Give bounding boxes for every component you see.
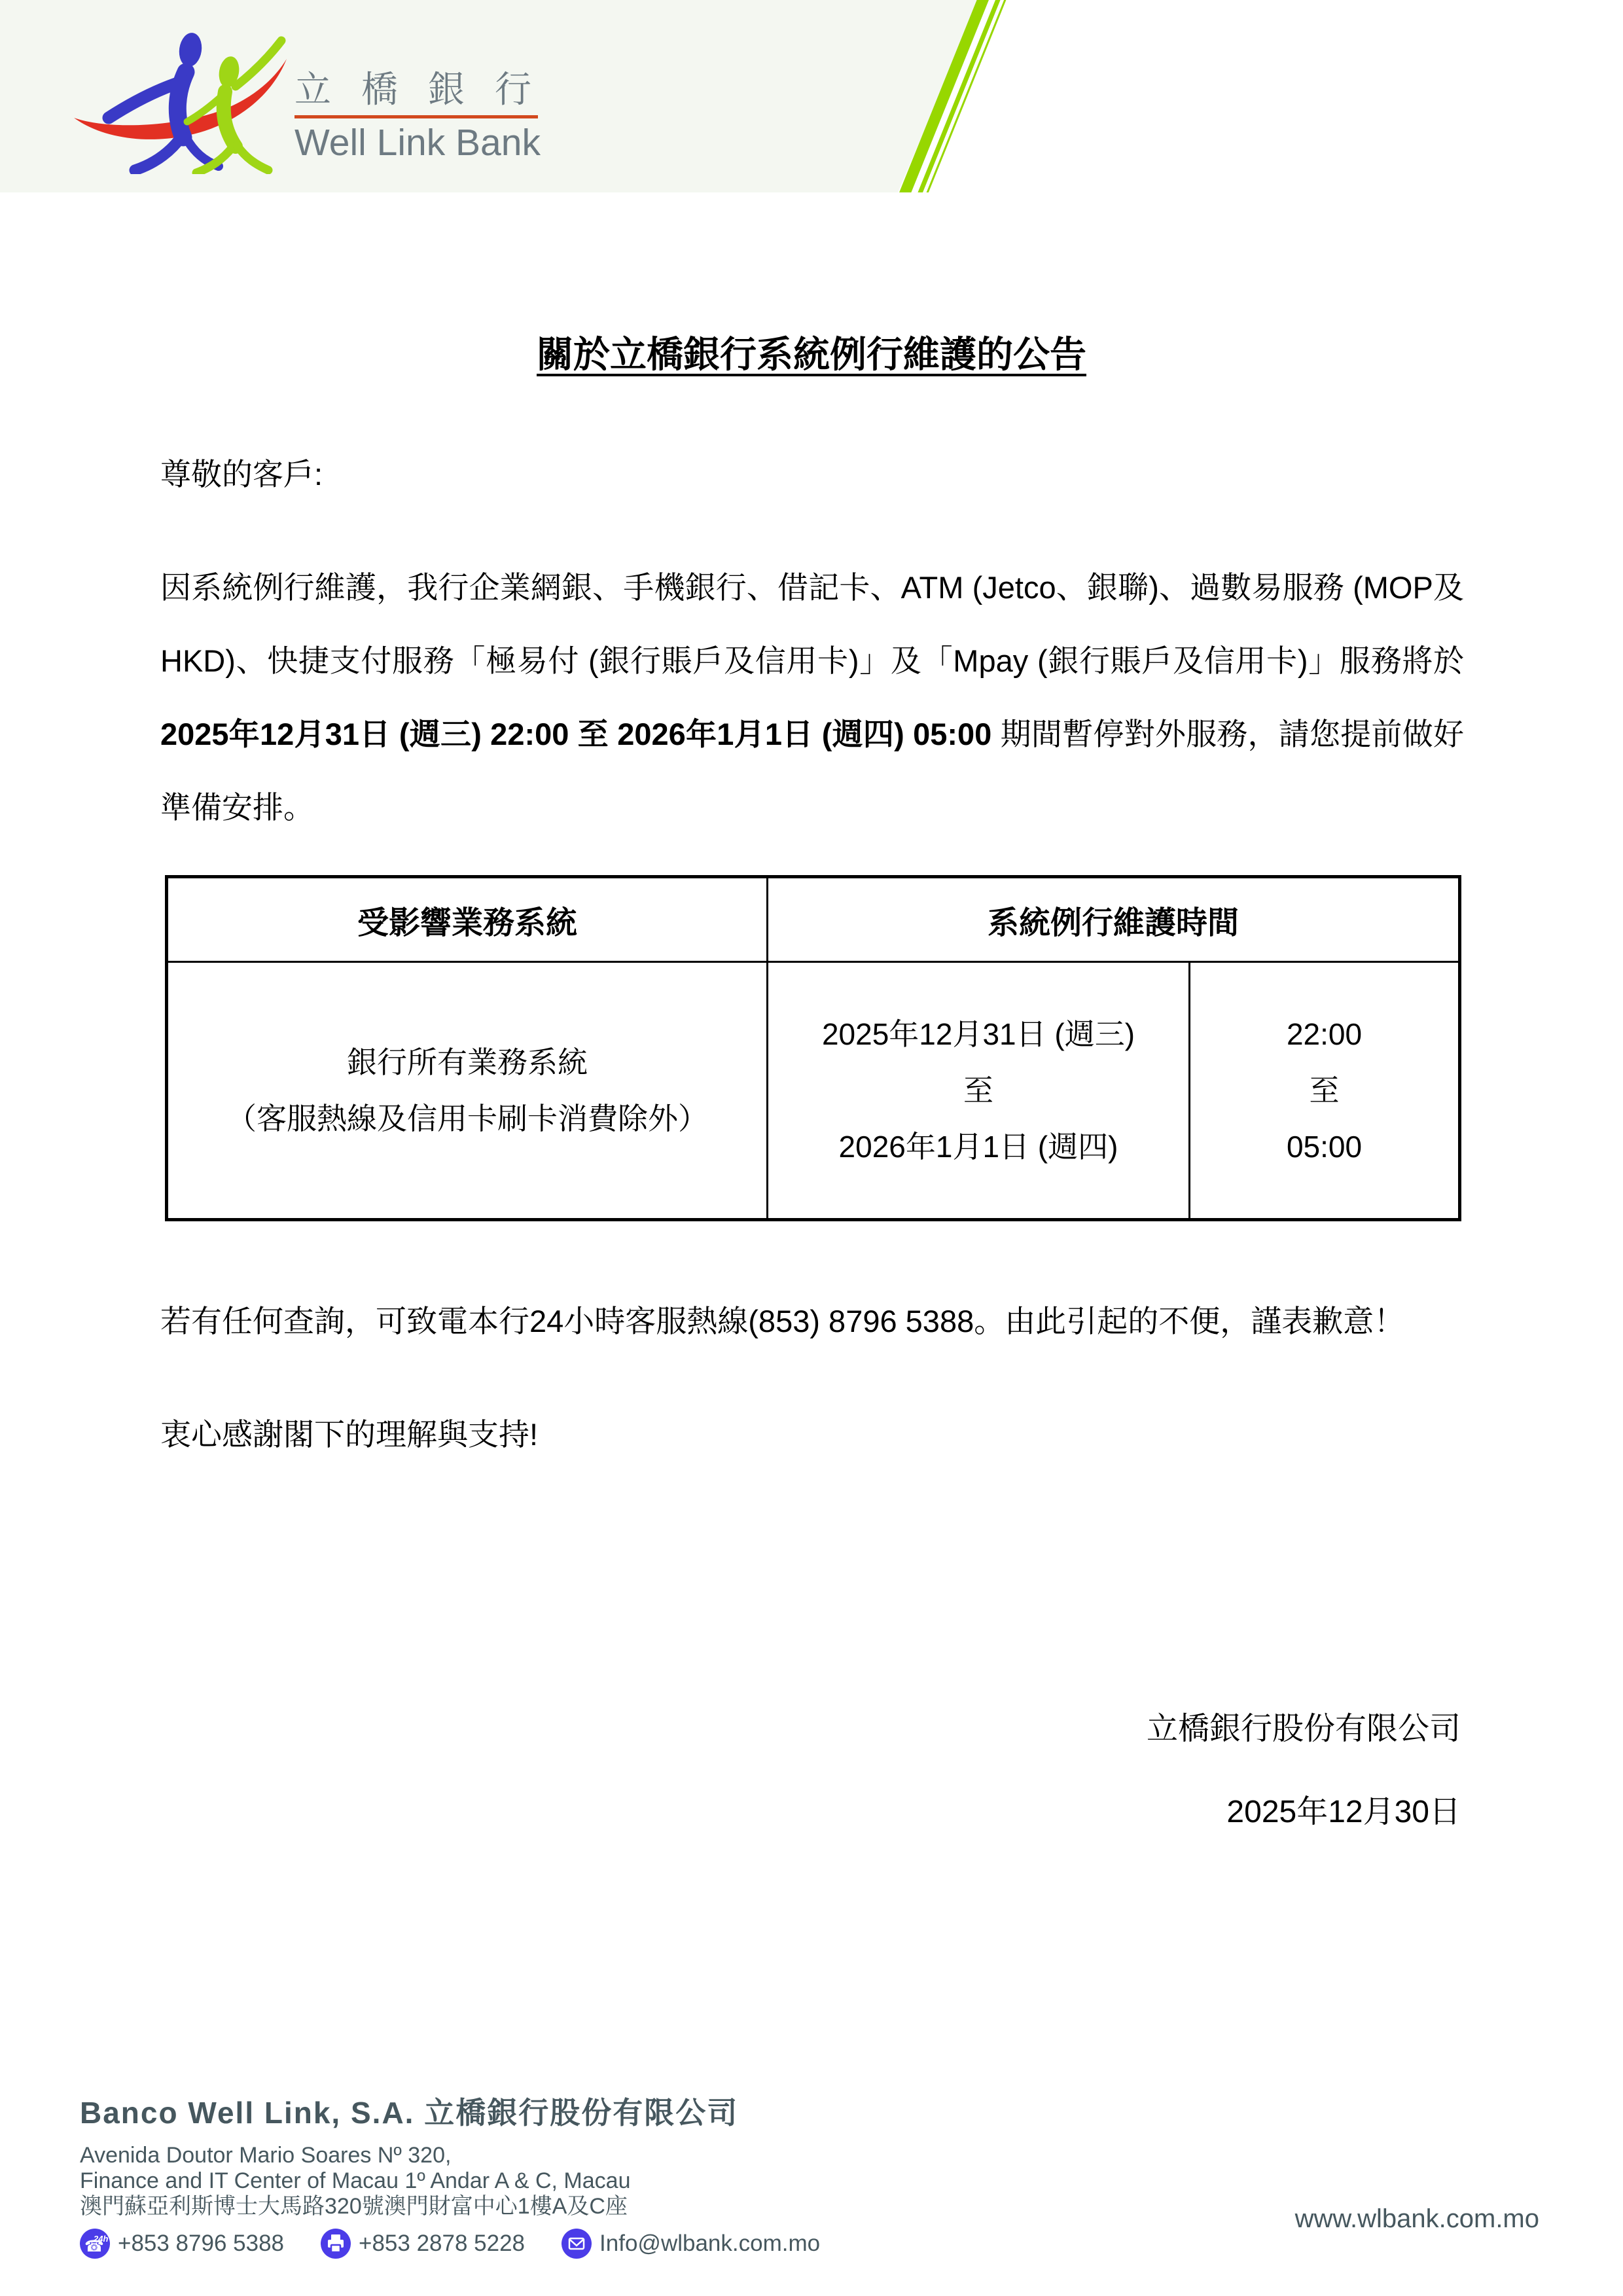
thanks-note: 衷心感謝閣下的理解與支持! bbox=[160, 1410, 538, 1454]
phone-number: +853 8796 5388 bbox=[118, 2231, 284, 2257]
table-row: 銀行所有業務系統 （客服熱線及信用卡刷卡消費除外） 2025年12月31日 (週… bbox=[167, 962, 1460, 1220]
cell-affected-systems: 銀行所有業務系統 （客服熱線及信用卡刷卡消費除外） bbox=[167, 962, 768, 1220]
svg-text:24h: 24h bbox=[93, 2234, 108, 2244]
logo-underline bbox=[294, 115, 538, 118]
page-title: 關於立橋銀行系統例行維護的公告 bbox=[0, 326, 1623, 378]
time-line: 22:00 bbox=[1190, 1006, 1458, 1062]
fax-contact: +853 2878 5228 bbox=[321, 2229, 525, 2259]
phone-24h-icon: ☎ 24h bbox=[80, 2229, 110, 2259]
signature-block: 立橋銀行股份有限公司 2025年12月30日 bbox=[1147, 1703, 1461, 1831]
email-icon bbox=[562, 2229, 592, 2259]
footer-company-name: Banco Well Link, S.A. 立橋銀行股份有限公司 bbox=[80, 2089, 820, 2132]
signature-date: 2025年12月30日 bbox=[1147, 1786, 1461, 1831]
phone-contact: ☎ 24h +853 8796 5388 bbox=[80, 2229, 284, 2259]
logo-mark-icon bbox=[58, 18, 291, 174]
greeting: 尊敬的客戶: bbox=[160, 450, 323, 494]
footer-address-cn: 澳門蘇亞利斯博士大馬路320號澳門財富中心1樓A及C座 bbox=[80, 2194, 820, 2219]
email-contact: Info@wlbank.com.mo bbox=[562, 2229, 820, 2259]
logo-figure-blue bbox=[109, 31, 219, 170]
date-line: 2026年1月1日 (週四) bbox=[768, 1119, 1188, 1175]
footer-address-en1: Avenida Doutor Mario Soares Nº 320, bbox=[80, 2143, 820, 2168]
logo-name-en: Well Link Bank bbox=[294, 122, 556, 164]
time-line: 05:00 bbox=[1190, 1119, 1458, 1175]
date-line: 至 bbox=[768, 1062, 1188, 1119]
diagonal-stripes-icon bbox=[877, 0, 1047, 192]
logo-text: 立橋銀行 Well Link Bank bbox=[294, 69, 556, 163]
announcement-page: 立橋銀行 Well Link Bank 關於立橋銀行系統例行維護的公告 尊敬的客… bbox=[0, 0, 1623, 2296]
cell-maintenance-hours: 22:00 至 05:00 bbox=[1190, 962, 1460, 1220]
website-url: www.wlbank.com.mo bbox=[1295, 2204, 1539, 2234]
header-affected-systems: 受影響業務系統 bbox=[167, 877, 768, 962]
footer-address-en2: Finance and IT Center of Macau 1º Andar … bbox=[80, 2168, 820, 2194]
fax-number: +853 2878 5228 bbox=[359, 2231, 525, 2257]
time-line: 至 bbox=[1190, 1062, 1458, 1119]
maintenance-period: 2025年12月31日 (週三) 22:00 至 2026年1月1日 (週四) … bbox=[160, 717, 991, 751]
system-line: 銀行所有業務系統 bbox=[168, 1034, 766, 1090]
maintenance-table: 受影響業務系統 系統例行維護時間 銀行所有業務系統 （客服熱線及信用卡刷卡消費除… bbox=[165, 875, 1461, 1221]
fax-icon bbox=[321, 2229, 351, 2259]
body-paragraph: 因系統例行維護，我行企業網銀、手機銀行、借記卡、ATM (Jetco、銀聯)、過… bbox=[160, 551, 1464, 844]
contact-row: ☎ 24h +853 8796 5388 +853 2878 5228 bbox=[80, 2229, 820, 2259]
email-address: Info@wlbank.com.mo bbox=[599, 2231, 820, 2257]
system-line: （客服熱線及信用卡刷卡消費除外） bbox=[168, 1090, 766, 1147]
well-link-bank-logo: 立橋銀行 Well Link Bank bbox=[58, 18, 555, 178]
footer: Banco Well Link, S.A. 立橋銀行股份有限公司 Avenida… bbox=[80, 2089, 820, 2259]
header-maintenance-time: 系統例行維護時間 bbox=[768, 877, 1460, 962]
body-text-pre: 因系統例行維護，我行企業網銀、手機銀行、借記卡、ATM (Jetco、銀聯)、過… bbox=[160, 570, 1464, 678]
table-header-row: 受影響業務系統 系統例行維護時間 bbox=[167, 877, 1460, 962]
date-line: 2025年12月31日 (週三) bbox=[768, 1006, 1188, 1062]
logo-name-cn: 立橋銀行 bbox=[294, 69, 556, 110]
signature-company: 立橋銀行股份有限公司 bbox=[1147, 1703, 1461, 1748]
header-band: 立橋銀行 Well Link Bank bbox=[0, 0, 1623, 192]
cell-maintenance-date: 2025年12月31日 (週三) 至 2026年1月1日 (週四) bbox=[768, 962, 1190, 1220]
inquiry-note: 若有任何查詢，可致電本行24小時客服熱線(853) 8796 5388。由此引起… bbox=[160, 1297, 1404, 1341]
